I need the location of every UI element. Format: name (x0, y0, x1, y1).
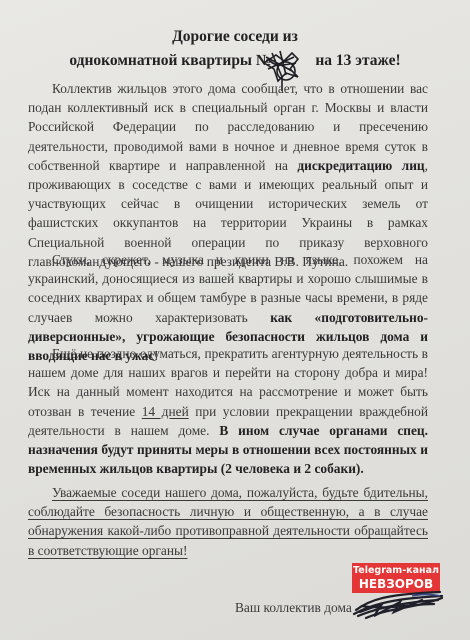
signature-scribble-icon (352, 588, 447, 620)
paragraph-lawsuit: Коллектив жильцов этого дома сообщает, ч… (28, 79, 428, 271)
p3-underlined-days: 14 дней (142, 404, 189, 419)
signature: Ваш коллектив дома (235, 600, 352, 616)
p4-text: Уважаемые соседи нашего дома, пожалуйста… (28, 485, 428, 558)
document-page: Дорогие соседи из однокомнатной квартиры… (0, 0, 470, 640)
watermark-line-1: Telegram-канал (352, 565, 440, 577)
paragraph-vigilance: Уважаемые соседи нашего дома, пожалуйста… (28, 483, 428, 560)
title-line-1: Дорогие соседи из (0, 28, 470, 46)
p1-bold: дискредитацию лиц (297, 158, 424, 173)
title-line-2-start: однокомнатной квартиры № (69, 52, 271, 69)
title-line-2-end: на 13 этаже! (315, 52, 400, 69)
paragraph-warning: Ещё не поздно одуматься, прекратить аген… (28, 344, 428, 478)
title-line-2: однокомнатной квартиры № на 13 этаже! (0, 52, 470, 70)
